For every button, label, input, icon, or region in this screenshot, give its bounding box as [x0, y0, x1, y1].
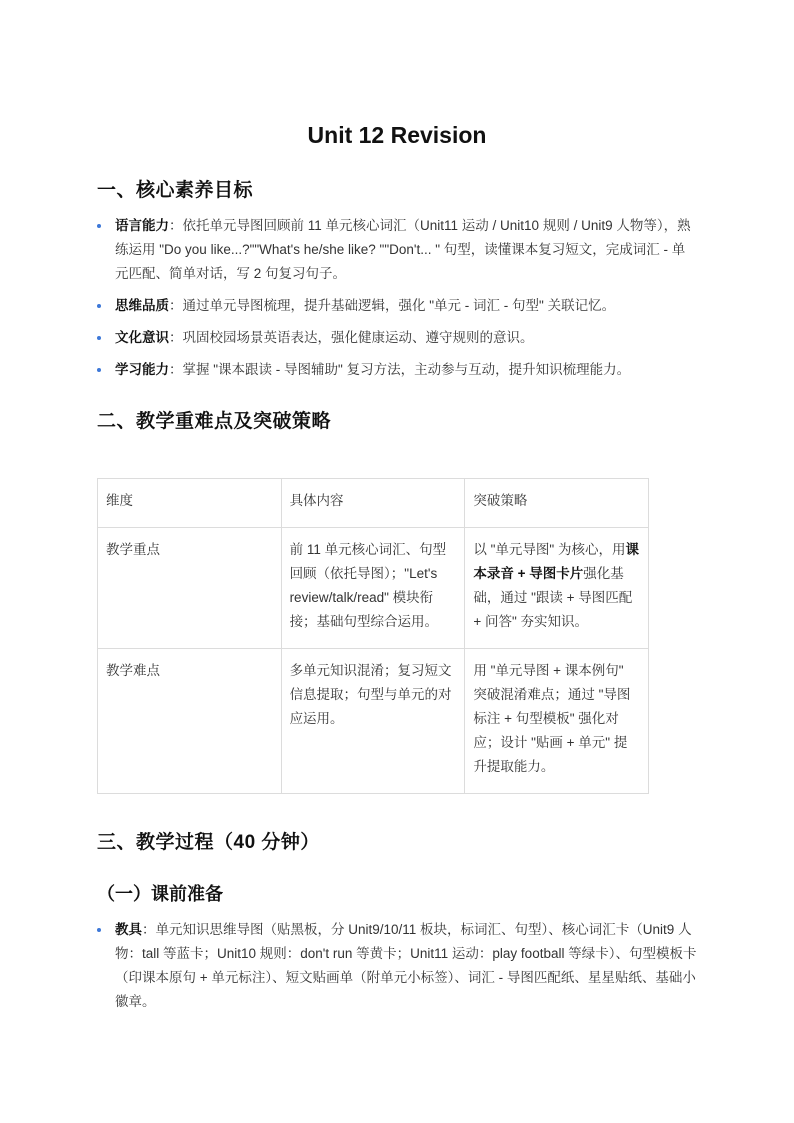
item-label: 教具 — [115, 922, 142, 937]
table-cell-strategy: 用 "单元导图 + 课本例句" 突破混淆难点；通过 "导图标注 + 句型模板" … — [465, 649, 649, 794]
strategy-text: 用 "单元导图 + 课本例句" 突破混淆难点；通过 "导图标注 + 句型模板" … — [473, 663, 630, 774]
table-header-cell: 具体内容 — [281, 479, 465, 528]
bullet-icon — [97, 336, 101, 340]
table-cell-strategy: 以 "单元导图" 为核心，用课本录音 + 导图卡片强化基础，通过 "跟读 + 导… — [465, 528, 649, 649]
bullet-icon — [97, 368, 101, 372]
preparation-list: 教具：单元知识思维导图（贴黑板，分 Unit9/10/11 板块，标词汇、句型）… — [97, 918, 697, 1022]
table-header-cell: 维度 — [98, 479, 282, 528]
section-heading-key-points: 二、教学重难点及突破策略 — [97, 406, 331, 433]
bullet-icon — [97, 928, 101, 932]
item-label: 学习能力 — [115, 362, 169, 377]
item-label: 语言能力 — [115, 218, 169, 233]
item-sep: ： — [169, 362, 183, 377]
item-text: 单元知识思维导图（贴黑板，分 Unit9/10/11 板块，标词汇、句型）、核心… — [115, 922, 696, 1009]
item-text: 掌握 "课本跟读 - 导图辅助" 复习方法，主动参与互动，提升知识梳理能力。 — [183, 362, 631, 377]
item-label: 思维品质 — [115, 298, 169, 313]
list-item: 思维品质：通过单元导图梳理，提升基础逻辑，强化 "单元 - 词汇 - 句型" 关… — [97, 294, 697, 318]
strategy-text: 以 "单元导图" 为核心，用 — [473, 542, 625, 557]
item-text: 巩固校园场景英语表达，强化健康运动、遵守规则的意识。 — [183, 330, 534, 345]
list-item: 学习能力：掌握 "课本跟读 - 导图辅助" 复习方法，主动参与互动，提升知识梳理… — [97, 358, 697, 382]
item-sep: ： — [169, 330, 183, 345]
item-text: 通过单元导图梳理，提升基础逻辑，强化 "单元 - 词汇 - 句型" 关联记忆。 — [183, 298, 616, 313]
table-row: 教学难点 多单元知识混淆；复习短文信息提取；句型与单元的对应运用。 用 "单元导… — [98, 649, 649, 794]
list-item: 教具：单元知识思维导图（贴黑板，分 Unit9/10/11 板块，标词汇、句型）… — [97, 918, 697, 1014]
table-cell-dimension: 教学重点 — [98, 528, 282, 649]
item-text: 依托单元导图回顾前 11 单元核心词汇（Unit11 运动 / Unit10 规… — [115, 218, 691, 281]
core-goals-list: 语言能力：依托单元导图回顾前 11 单元核心词汇（Unit11 运动 / Uni… — [97, 214, 697, 390]
list-item: 语言能力：依托单元导图回顾前 11 单元核心词汇（Unit11 运动 / Uni… — [97, 214, 697, 286]
item-sep: ： — [142, 922, 156, 937]
item-sep: ： — [169, 298, 183, 313]
document-title: Unit 12 Revision — [97, 122, 697, 149]
key-points-table: 维度 具体内容 突破策略 教学重点 前 11 单元核心词汇、句型回顾（依托导图）… — [97, 478, 649, 794]
table-row: 教学重点 前 11 单元核心词汇、句型回顾（依托导图）；"Let's revie… — [98, 528, 649, 649]
section-heading-teaching-process: 三、教学过程（40 分钟） — [97, 827, 320, 854]
table-header-row: 维度 具体内容 突破策略 — [98, 479, 649, 528]
bullet-icon — [97, 224, 101, 228]
subsection-heading-preparation: （一）课前准备 — [97, 880, 223, 906]
section-heading-core-goals: 一、核心素养目标 — [97, 175, 253, 202]
table-cell-content: 多单元知识混淆；复习短文信息提取；句型与单元的对应运用。 — [281, 649, 465, 794]
list-item: 文化意识：巩固校园场景英语表达，强化健康运动、遵守规则的意识。 — [97, 326, 697, 350]
table-cell-dimension: 教学难点 — [98, 649, 282, 794]
bullet-icon — [97, 304, 101, 308]
table-cell-content: 前 11 单元核心词汇、句型回顾（依托导图）；"Let's review/tal… — [281, 528, 465, 649]
item-label: 文化意识 — [115, 330, 169, 345]
item-sep: ： — [169, 218, 183, 233]
table-header-cell: 突破策略 — [465, 479, 649, 528]
